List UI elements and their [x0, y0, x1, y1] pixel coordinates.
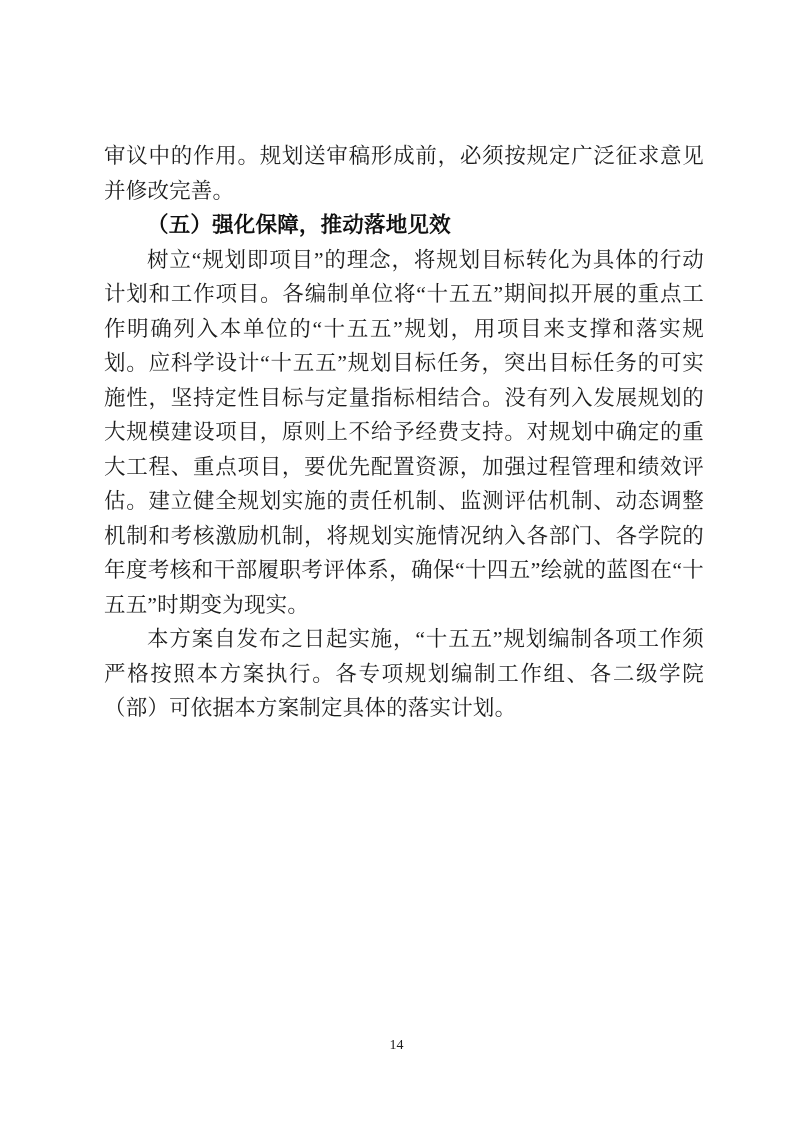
paragraph-body: 树立“规划即项目”的理念，将规划目标转化为具体的行动计划和工作项目。各编制单位将… — [104, 243, 704, 623]
page-number: 14 — [0, 1037, 793, 1055]
paragraph-continued: 审议中的作用。规划送审稿形成前，必须按规定广泛征求意见并修改完善。 — [104, 139, 704, 208]
section-heading: （五）强化保障，推动落地见效 — [104, 208, 704, 243]
text-block: 审议中的作用。规划送审稿形成前，必须按规定广泛征求意见并修改完善。 （五）强化保… — [104, 139, 704, 726]
document-page: 审议中的作用。规划送审稿形成前，必须按规定广泛征求意见并修改完善。 （五）强化保… — [0, 0, 793, 1122]
paragraph-body: 本方案自发布之日起实施，“十五五”规划编制各项工作须严格按照本方案执行。各专项规… — [104, 622, 704, 726]
